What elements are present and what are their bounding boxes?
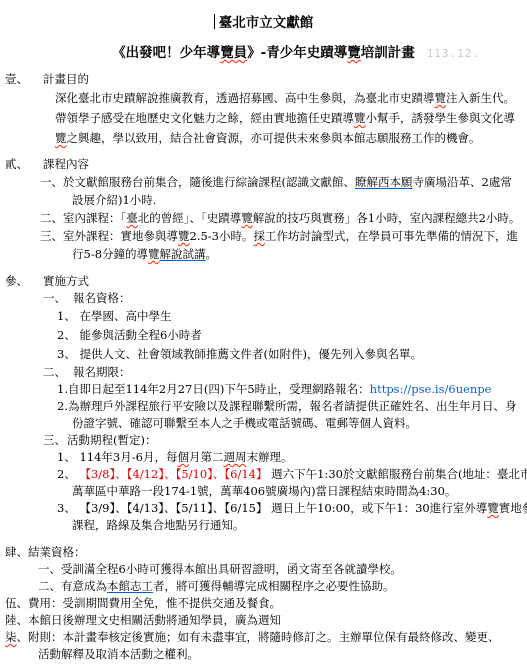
text-segment: 活動期程(暫定)： <box>67 433 156 447</box>
grammar-underline: 本館志工 <box>107 579 153 593</box>
text-segment: 培訓計畫 <box>361 45 415 61</box>
subheading-schedule: 三、活動期程(暫定)： <box>0 432 527 449</box>
section-5-fee: 伍、費用：受訓期間費用全免，惟不提供交通及餐食。 <box>0 595 527 612</box>
text-segment: 工作坊討論型式，在學員可事先準備的情況下，進 <box>265 229 518 243</box>
spellcheck-wavy: 覽 <box>241 211 253 225</box>
text-segment: 活動解釋及取消本活動之權利。 <box>38 647 199 661</box>
text-segment: 》-青少年史蹟導 <box>247 45 347 61</box>
course-item-line: 一、於文獻館服務台前集合，隨後進行綜論課程(認識文獻館、瞭解西本願寺廣場沿革、2… <box>0 173 527 191</box>
completion-item: 一、受訓滿全程6小時可獲得本館出具研習證明，函文寄至各就讀學校。 <box>0 561 527 578</box>
spellcheck-wavy: 覽 <box>487 501 499 515</box>
subheading-deadline: 二、報名期限： <box>0 364 527 381</box>
section-4-heading: 肆、結業資格： <box>0 544 527 561</box>
text-segment: 1、 在學國、高中學生 <box>57 309 171 323</box>
page-title: 臺北市立文獻館 <box>0 13 527 33</box>
completion-item: 二、有意成為本館志工者，將可獲得輔導完成相關程序之必要性協助。 <box>0 578 527 595</box>
list-marker: 二、 <box>43 364 73 381</box>
section-6-notice: 陸、本館日後辦理文史相關活動將通知學員，廣為週知 <box>0 612 527 629</box>
saturday-dates: 【3/8】、【4/12】、【5/10】、【6/14】 <box>79 467 267 481</box>
spellcheck-wavy: 覽 <box>347 45 361 61</box>
text-segment: 陸、本館日後辦理文史相關活動將通知學員，廣為週知 <box>5 613 281 627</box>
text-segment: 二、室內課程：「 <box>40 211 126 225</box>
deadline-item: 1.自即日起至114年2月27日(四)下午5時止，受理網路報名：https://… <box>0 381 527 398</box>
text-segment: 課程內容 <box>43 157 89 171</box>
spellcheck-wavy: 覽 <box>178 229 190 243</box>
document-body: 臺北市立文獻館《出發吧！少年導覽員》-青少年史蹟導覽培訓計畫壹、計畫目的深化臺北… <box>0 13 527 663</box>
text-segment: 、附則：本計畫奉核定後實施；如有未盡事宜，將隨時修訂之。主辦單位保有最終修改、變… <box>17 630 500 644</box>
spellcheck-wavy: 採 <box>254 229 266 243</box>
text-segment: 報名期限： <box>73 365 131 379</box>
text-segment: 1.自即日起至114年2月27日(四)下午5時止，受理網路報名： <box>57 382 370 396</box>
list-marker: 三、 <box>43 432 67 449</box>
text-segment: 萬華區中華路一段174-1號，萬華406號廣場內)當日課程結束時間為4:30。 <box>72 484 456 498</box>
text-segment: 計畫目的 <box>43 72 89 86</box>
text-cursor <box>214 14 215 29</box>
text-segment: 設展介紹)1小時. <box>72 193 156 207</box>
text-segment: 行5-8分鐘的導 <box>72 247 148 261</box>
qualification-item: 2、 能參與活動全程6小時者 <box>0 326 527 345</box>
document-page: 113.12. 臺北市立文獻館《出發吧！少年導覽員》-青少年史蹟導覽培訓計畫壹、… <box>0 0 527 672</box>
text-segment: 三、室外課程：實地參與導 <box>40 229 178 243</box>
section-2-heading: 貳、課程內容 <box>0 156 527 173</box>
text-segment: 解說的技巧與實務」各1小時，室內課程總共2小時。 <box>253 211 521 225</box>
page-title-text: 臺北市立文獻館 <box>219 15 314 31</box>
date-stamp: 113.12. <box>427 47 480 60</box>
spellcheck-wavy: 覽 <box>148 247 160 261</box>
schedule-item: 2、 【3/8】、【4/12】、【5/10】、【6/14】 週六下午1:30於文… <box>0 466 527 483</box>
text-segment: 北的曾經」、「史蹟導 <box>138 211 242 225</box>
course-item-line: 行5-8分鐘的導覽解說試講。 <box>0 245 527 263</box>
schedule-item: 萬華區中華路一段174-1號，萬華406號廣場內)當日課程結束時間為4:30。 <box>0 483 527 500</box>
grammar-underline: 瞭解西本願 <box>355 175 413 189</box>
text-segment: 課程，路線及集合地點另行通知。 <box>72 518 245 532</box>
text-segment: 週六下午1:30於文獻館服務台前集合(地址：臺北市 <box>267 467 527 481</box>
text-segment: 2、 能參與活動全程6小時者 <box>57 328 202 342</box>
course-item-line: 設展介紹)1小時. <box>0 191 527 209</box>
section-marker: 壹、 <box>5 71 43 88</box>
deadline-item: 份證字號、確認可聯繫至本人之手機或電話號碼、電郵等個人資料。 <box>0 415 527 432</box>
spellcheck-wavy: 柒 <box>5 630 17 644</box>
text-segment: 實施方式 <box>43 274 89 288</box>
text-segment: 帶領學子感受在地歷史文化魅力之餘，經由實地擔任史蹟導 <box>55 111 354 125</box>
text-segment: 深化臺北市史蹟解說推廣教育，透過招募國、高中生參與，為臺北市史蹟導 <box>55 91 435 105</box>
qualification-item: 3、 提供人文、社會領域教師推薦文件者(如附件)，優先列入參與名單。 <box>0 345 527 364</box>
spellcheck-wavy: 個 <box>177 450 189 464</box>
spellcheck-wavy: 覽 <box>435 91 447 105</box>
text-segment: 2.為辦理戶外課程旅行平安險以及課程聯繫所需，報名者請提供正確姓名、出生年月日、… <box>57 399 516 413</box>
spellcheck-wavy: 覽 <box>55 131 67 145</box>
section-7-provisions-wrap: 活動解釋及取消本活動之權利。 <box>0 646 527 663</box>
section-7-provisions: 柒、附則：本計畫奉核定後實施；如有未盡事宜，將隨時修訂之。主辦單位保有最終修改、… <box>0 629 527 646</box>
purpose-paragraph-line: 覽之興趣，學以致用，結合社會資源，亦可提供未來參與本館志願服務工作的機會。 <box>0 128 527 148</box>
spellcheck-wavy: 覽員 <box>220 45 247 61</box>
text-segment: 小幫手，誘發學生參與文化導 <box>366 111 516 125</box>
section-3-heading: 參、實施方式 <box>0 273 527 290</box>
text-segment: 肆、結業資格： <box>5 545 86 559</box>
text-segment: 報名資格： <box>73 291 131 305</box>
schedule-item: 3、 【3/9】、【4/13】、【5/11】、【6/15】 週日上午10:00，… <box>0 500 527 517</box>
spellcheck-wavy: 週周 <box>223 450 246 464</box>
text-segment: 《出發吧！少年導 <box>112 45 220 61</box>
text-segment: 寺廣場沿革、2處常 <box>412 175 511 189</box>
section-marker: 參、 <box>5 273 43 290</box>
text-segment: 二、有意成為 <box>38 579 107 593</box>
spellcheck-wavy: 臺 <box>126 211 138 225</box>
deadline-item: 2.為辦理戶外課程旅行平安險以及課程聯繫所需，報名者請提供正確姓名、出生年月日、… <box>0 398 527 415</box>
text-segment: 者，將可獲得輔導完成相關程序之必要性協助。 <box>153 579 395 593</box>
schedule-item: 1、 114年3月-6月，每個月第二週周末辦理。 <box>0 449 527 466</box>
qualification-item: 1、 在學國、高中學生 <box>0 307 527 326</box>
text-segment: 注入新生代。 <box>446 91 515 105</box>
text-segment: 實地參與 <box>499 501 527 515</box>
text-segment: 月第二 <box>189 450 224 464</box>
list-marker: 一、 <box>43 290 73 307</box>
purpose-paragraph-line: 帶領學子感受在地歷史文化魅力之餘，經由實地擔任史蹟導覽小幫手，誘發學生參與文化導 <box>0 108 527 128</box>
subheading-qualifications: 一、報名資格： <box>0 290 527 307</box>
course-item-line: 三、室外課程：實地參與導覽2.5-3小時。採工作坊討論型式，在學員可事先準備的情… <box>0 227 527 245</box>
text-segment: 3、 【3/9】、【4/13】、【5/11】、【6/15】 週日上午10:00，… <box>57 501 487 515</box>
text-segment: 。 <box>206 247 218 261</box>
text-segment: 2.5-3小時。 <box>190 229 254 243</box>
text-segment: 3、 提供人文、社會領域教師推薦文件者(如附件)，優先列入參與名單。 <box>57 347 422 361</box>
text-segment: 伍、費用：受訓期間費用全免，惟不提供交通及餐食。 <box>5 596 281 610</box>
purpose-paragraph-line: 深化臺北市史蹟解說推廣教育，透過招募國、高中生參與，為臺北市史蹟導覽注入新生代。 <box>0 88 527 108</box>
registration-link[interactable]: https://pse.is/6uenpe <box>370 382 492 396</box>
text-segment: 份證字號、確認可聯繫至本人之手機或電話號碼、電郵等個人資料。 <box>72 416 417 430</box>
text-segment: 末辦理。 <box>246 450 292 464</box>
course-item-line: 二、室內課程：「臺北的曾經」、「史蹟導覽解說的技巧與實務」各1小時，室內課程總共… <box>0 209 527 227</box>
text-segment: 1、 114年3月-6月，每 <box>57 450 177 464</box>
schedule-item: 課程，路線及集合地點另行通知。 <box>0 517 527 534</box>
text-segment: 之興趣，學以致用，結合社會資源，亦可提供未來參與本館志願服務工作的機會。 <box>67 131 481 145</box>
section-1-heading: 壹、計畫目的 <box>0 71 527 88</box>
text-segment: 2、 <box>57 467 79 481</box>
grammar-underline: 解說試講 <box>160 247 206 261</box>
spellcheck-wavy: 覽 <box>354 111 366 125</box>
section-marker: 貳、 <box>5 156 43 173</box>
text-segment: 一、於文獻館服務台前集合，隨後進行綜論課程(認識文獻館、 <box>40 175 355 189</box>
text-segment: 一、受訓滿全程6小時可獲得本館出具研習證明，函文寄至各就讀學校。 <box>38 562 402 576</box>
